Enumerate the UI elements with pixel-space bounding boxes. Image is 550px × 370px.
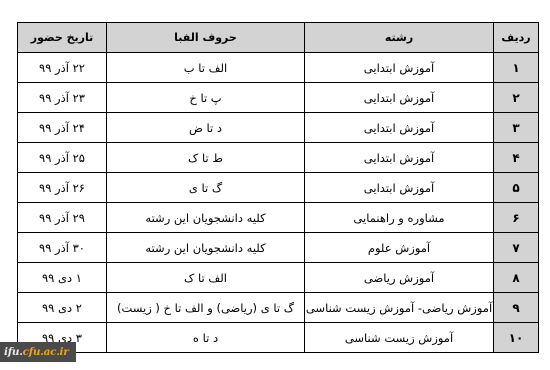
row-number: ۲ [494, 83, 539, 113]
header-date: تاریخ حضور [18, 23, 107, 53]
table-row: ۱۰ آموزش زیست شناسی د تا ه ۳ دی ۹۹ [18, 323, 539, 353]
table-row: ۸ آموزش ریاضی الف تا ک ۱ دی ۹۹ [18, 263, 539, 293]
major-cell: آموزش ابتدایی [305, 53, 494, 83]
alphabet-cell: ط تا ک [107, 143, 305, 173]
table-row: ۳ آموزش ابتدایی د تا ض ۲۴ آذر ۹۹ [18, 113, 539, 143]
row-number: ۱ [494, 53, 539, 83]
alphabet-cell: پ تا خ [107, 83, 305, 113]
major-cell: مشاوره و راهنمایی [305, 203, 494, 233]
major-cell: آموزش ریاضی [305, 263, 494, 293]
major-cell: آموزش زیست شناسی [305, 323, 494, 353]
major-cell: آموزش ابتدایی [305, 83, 494, 113]
major-cell: آموزش ابتدایی [305, 143, 494, 173]
alphabet-cell: الف تا ب [107, 53, 305, 83]
date-cell: ۲۲ آذر ۹۹ [18, 53, 107, 83]
row-number: ۸ [494, 263, 539, 293]
alphabet-cell: کلیه دانشجویان این رشته [107, 233, 305, 263]
watermark-text: cfu.ac.ir [23, 346, 69, 358]
table-row: ۶ مشاوره و راهنمایی کلیه دانشجویان این ر… [18, 203, 539, 233]
alphabet-cell: د تا ض [107, 113, 305, 143]
header-major: رشته [305, 23, 494, 53]
date-cell: ۲۹ آذر ۹۹ [18, 203, 107, 233]
date-cell: ۲۵ آذر ۹۹ [18, 143, 107, 173]
watermark-prefix: ifu. [4, 346, 23, 358]
header-row: ردیف رشته حروف الفبا تاریخ حضور [18, 23, 539, 53]
row-number: ۹ [494, 293, 539, 323]
date-cell: ۲ دی ۹۹ [18, 293, 107, 323]
date-cell: ۲۶ آذر ۹۹ [18, 173, 107, 203]
alphabet-cell: گ تا ی [107, 173, 305, 203]
table-row: ۵ آموزش ابتدایی گ تا ی ۲۶ آذر ۹۹ [18, 173, 539, 203]
table-row: ۲ آموزش ابتدایی پ تا خ ۲۳ آذر ۹۹ [18, 83, 539, 113]
header-row-number: ردیف [494, 23, 539, 53]
major-cell: آموزش ابتدایی [305, 113, 494, 143]
table-row: ۷ آموزش علوم کلیه دانشجویان این رشته ۳۰ … [18, 233, 539, 263]
alphabet-cell: الف تا ک [107, 263, 305, 293]
major-cell: آموزش علوم [305, 233, 494, 263]
date-cell: ۱ دی ۹۹ [18, 263, 107, 293]
major-cell: آموزش ریاضی- آموزش زیست شناسی [305, 293, 494, 323]
table-row: ۱ آموزش ابتدایی الف تا ب ۲۲ آذر ۹۹ [18, 53, 539, 83]
row-number: ۳ [494, 113, 539, 143]
major-cell: آموزش ابتدایی [305, 173, 494, 203]
date-cell: ۲۳ آذر ۹۹ [18, 83, 107, 113]
alphabet-cell: گ تا ی (ریاضی) و الف تا خ ( زیست) [107, 293, 305, 323]
row-number: ۵ [494, 173, 539, 203]
row-number: ۱۰ [494, 323, 539, 353]
header-alphabet: حروف الفبا [107, 23, 305, 53]
table-row: ۴ آموزش ابتدایی ط تا ک ۲۵ آذر ۹۹ [18, 143, 539, 173]
date-cell: ۳۰ آذر ۹۹ [18, 233, 107, 263]
date-cell: ۲۴ آذر ۹۹ [18, 113, 107, 143]
attendance-schedule-table: ردیف رشته حروف الفبا تاریخ حضور ۱ آموزش … [17, 22, 539, 353]
alphabet-cell: د تا ه [107, 323, 305, 353]
alphabet-cell: کلیه دانشجویان این رشته [107, 203, 305, 233]
row-number: ۴ [494, 143, 539, 173]
row-number: ۷ [494, 233, 539, 263]
row-number: ۶ [494, 203, 539, 233]
table-row: ۹ آموزش ریاضی- آموزش زیست شناسی گ تا ی (… [18, 293, 539, 323]
site-watermark: ifu.cfu.ac.ir [0, 342, 76, 362]
